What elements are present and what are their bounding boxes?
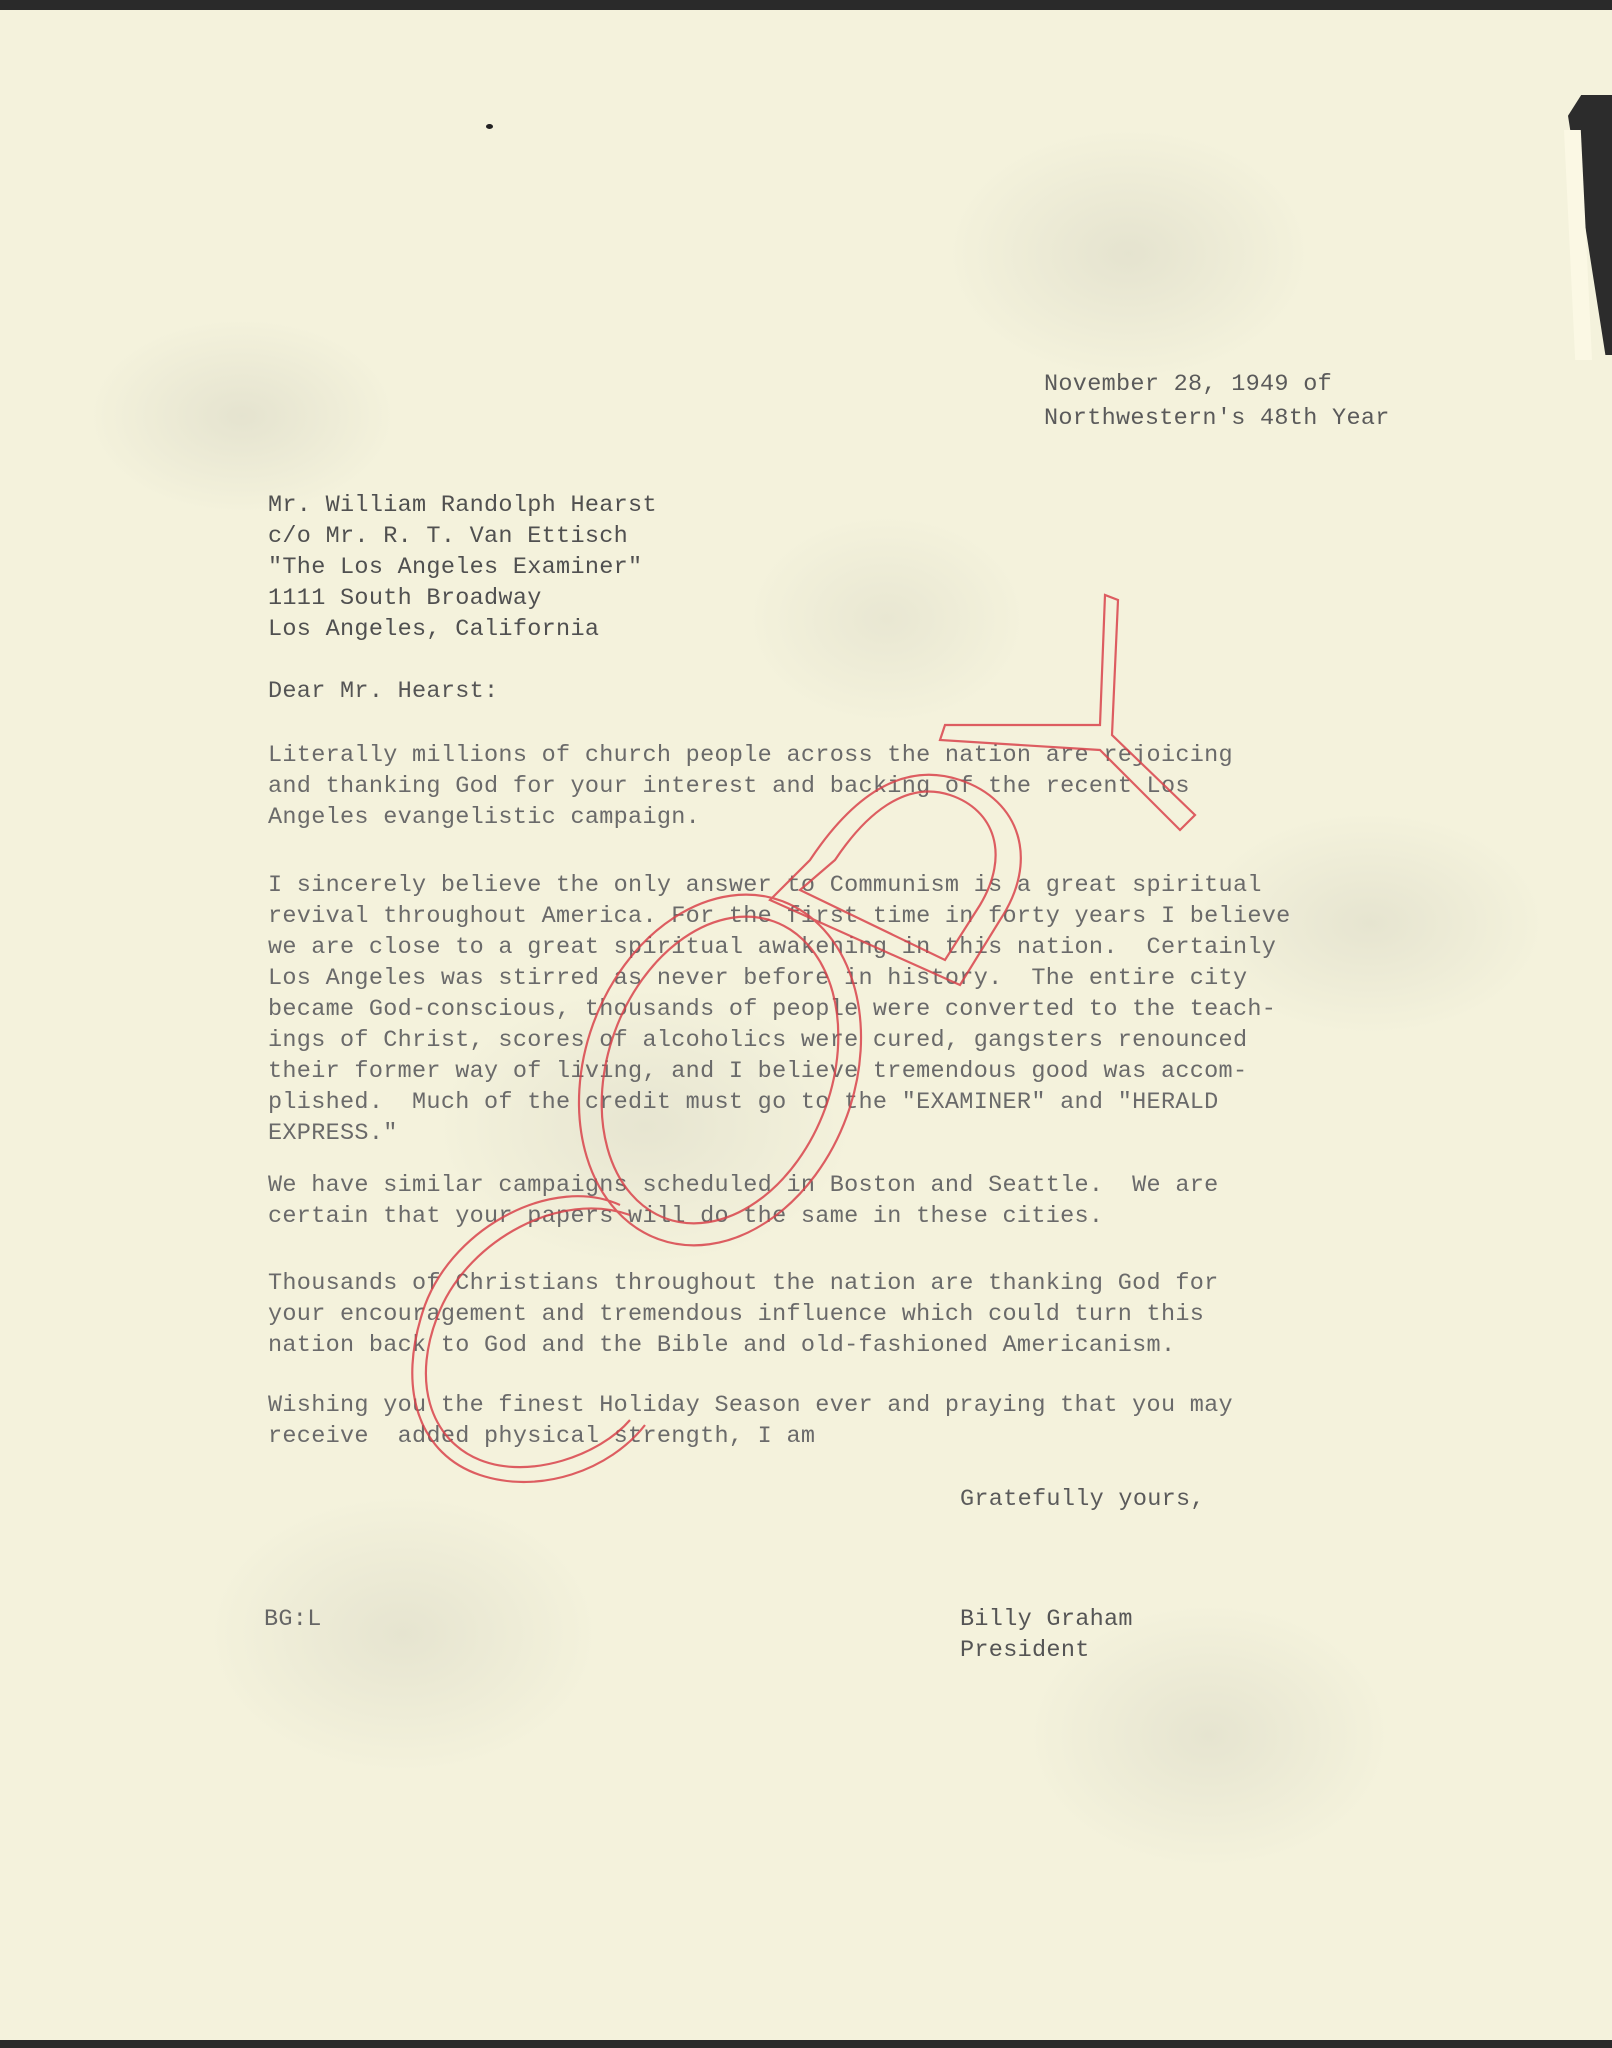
date-line: November 28, 1949 of	[1044, 368, 1390, 402]
salutation: Dear Mr. Hearst:	[268, 676, 498, 707]
address-line: "The Los Angeles Examiner"	[268, 552, 657, 583]
address-line: c/o Mr. R. T. Van Ettisch	[268, 521, 657, 552]
paragraph-line: plished. Much of the credit must go to t…	[268, 1087, 1291, 1118]
body-paragraph: We have similar campaigns scheduled in B…	[268, 1170, 1219, 1232]
paragraph-line: Literally millions of church people acro…	[268, 740, 1233, 771]
signatory-name: Billy Graham	[960, 1604, 1133, 1635]
paragraph-line: EXPRESS."	[268, 1118, 1291, 1149]
paragraph-line: Wishing you the finest Holiday Season ev…	[268, 1390, 1233, 1421]
ink-speck	[486, 124, 493, 129]
signature-block: Billy GrahamPresident	[960, 1604, 1133, 1666]
paragraph-line: certain that your papers will do the sam…	[268, 1201, 1219, 1232]
paragraph-line: became God-conscious, thousands of peopl…	[268, 994, 1291, 1025]
address-line: Los Angeles, California	[268, 614, 657, 645]
paragraph-line: nation back to God and the Bible and old…	[268, 1330, 1219, 1361]
closing: Gratefully yours,	[960, 1484, 1205, 1515]
paragraph-line: revival throughout America. For the firs…	[268, 901, 1291, 932]
recipient-address: Mr. William Randolph Hearstc/o Mr. R. T.…	[268, 490, 657, 645]
body-paragraph: I sincerely believe the only answer to C…	[268, 870, 1291, 1149]
paragraph-line: I sincerely believe the only answer to C…	[268, 870, 1291, 901]
reference-initials: BG:L	[264, 1604, 322, 1635]
signatory-title: President	[960, 1635, 1133, 1666]
paragraph-line: receive added physical strength, I am	[268, 1421, 1233, 1452]
paragraph-line: Angeles evangelistic campaign.	[268, 802, 1233, 833]
body-paragraph: Wishing you the finest Holiday Season ev…	[268, 1390, 1233, 1452]
paragraph-line: your encouragement and tremendous influe…	[268, 1299, 1219, 1330]
address-line: Mr. William Randolph Hearst	[268, 490, 657, 521]
date-line: Northwestern's 48th Year	[1044, 402, 1390, 436]
body-paragraph: Literally millions of church people acro…	[268, 740, 1233, 833]
body-paragraph: Thousands of Christians throughout the n…	[268, 1268, 1219, 1361]
paragraph-line: Thousands of Christians throughout the n…	[268, 1268, 1219, 1299]
paragraph-line: ings of Christ, scores of alcoholics wer…	[268, 1025, 1291, 1056]
address-line: 1111 South Broadway	[268, 583, 657, 614]
letter-date: November 28, 1949 ofNorthwestern's 48th …	[1044, 368, 1390, 436]
paragraph-line: and thanking God for your interest and b…	[268, 771, 1233, 802]
paragraph-line: we are close to a great spiritual awaken…	[268, 932, 1291, 963]
paragraph-line: We have similar campaigns scheduled in B…	[268, 1170, 1219, 1201]
paragraph-line: their former way of living, and I believ…	[268, 1056, 1291, 1087]
paragraph-line: Los Angeles was stirred as never before …	[268, 963, 1291, 994]
